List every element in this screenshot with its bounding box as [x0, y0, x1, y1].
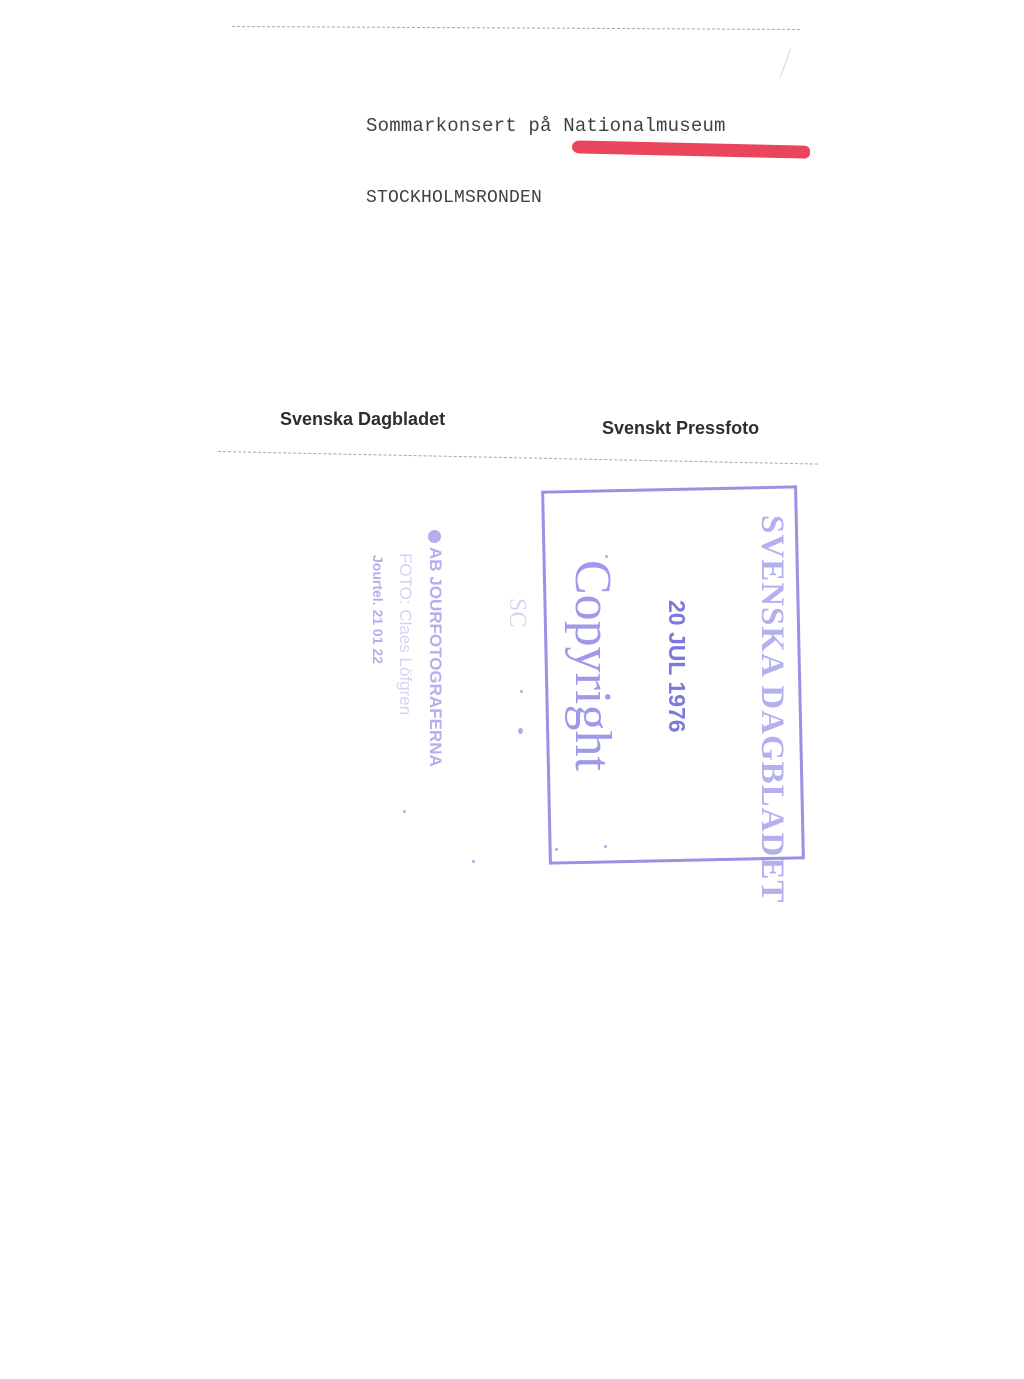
stamp-date: 20 JUL 1976	[663, 600, 690, 733]
ink-speck	[520, 690, 523, 693]
ink-speck	[605, 555, 608, 558]
document-title: Sommarkonsert på Nationalmuseum	[366, 115, 726, 137]
ink-speck	[403, 810, 406, 813]
top-cut-line	[232, 26, 800, 30]
agency-logo-icon	[428, 530, 441, 543]
agency-stamp-line3: Jourtel. 21 01 22	[370, 555, 386, 664]
agency-stamp-line1: AB JOURFOTOGRAFERNA	[425, 530, 445, 767]
ink-speck	[555, 848, 558, 851]
document-subtitle: STOCKHOLMSRONDEN	[366, 188, 542, 208]
stamp-newspaper-name: SVENSKA DAGBLADET	[753, 515, 790, 903]
middle-cut-line	[218, 451, 818, 465]
agency-stamp-line2: FOTO: Claes Löfgren	[395, 553, 415, 715]
ink-speck	[472, 860, 475, 863]
red-marker-underline	[572, 140, 810, 158]
ink-speck	[518, 728, 523, 734]
agency-name: AB JOURFOTOGRAFERNA	[426, 547, 445, 767]
stamp-copyright-word: Copyright	[563, 560, 622, 771]
credit-agency: Svenskt Pressfoto	[602, 418, 759, 439]
faint-stamp-mark: SC	[503, 598, 530, 627]
ink-speck	[604, 845, 607, 848]
corner-mark	[780, 49, 791, 78]
credit-newspaper: Svenska Dagbladet	[280, 409, 445, 430]
